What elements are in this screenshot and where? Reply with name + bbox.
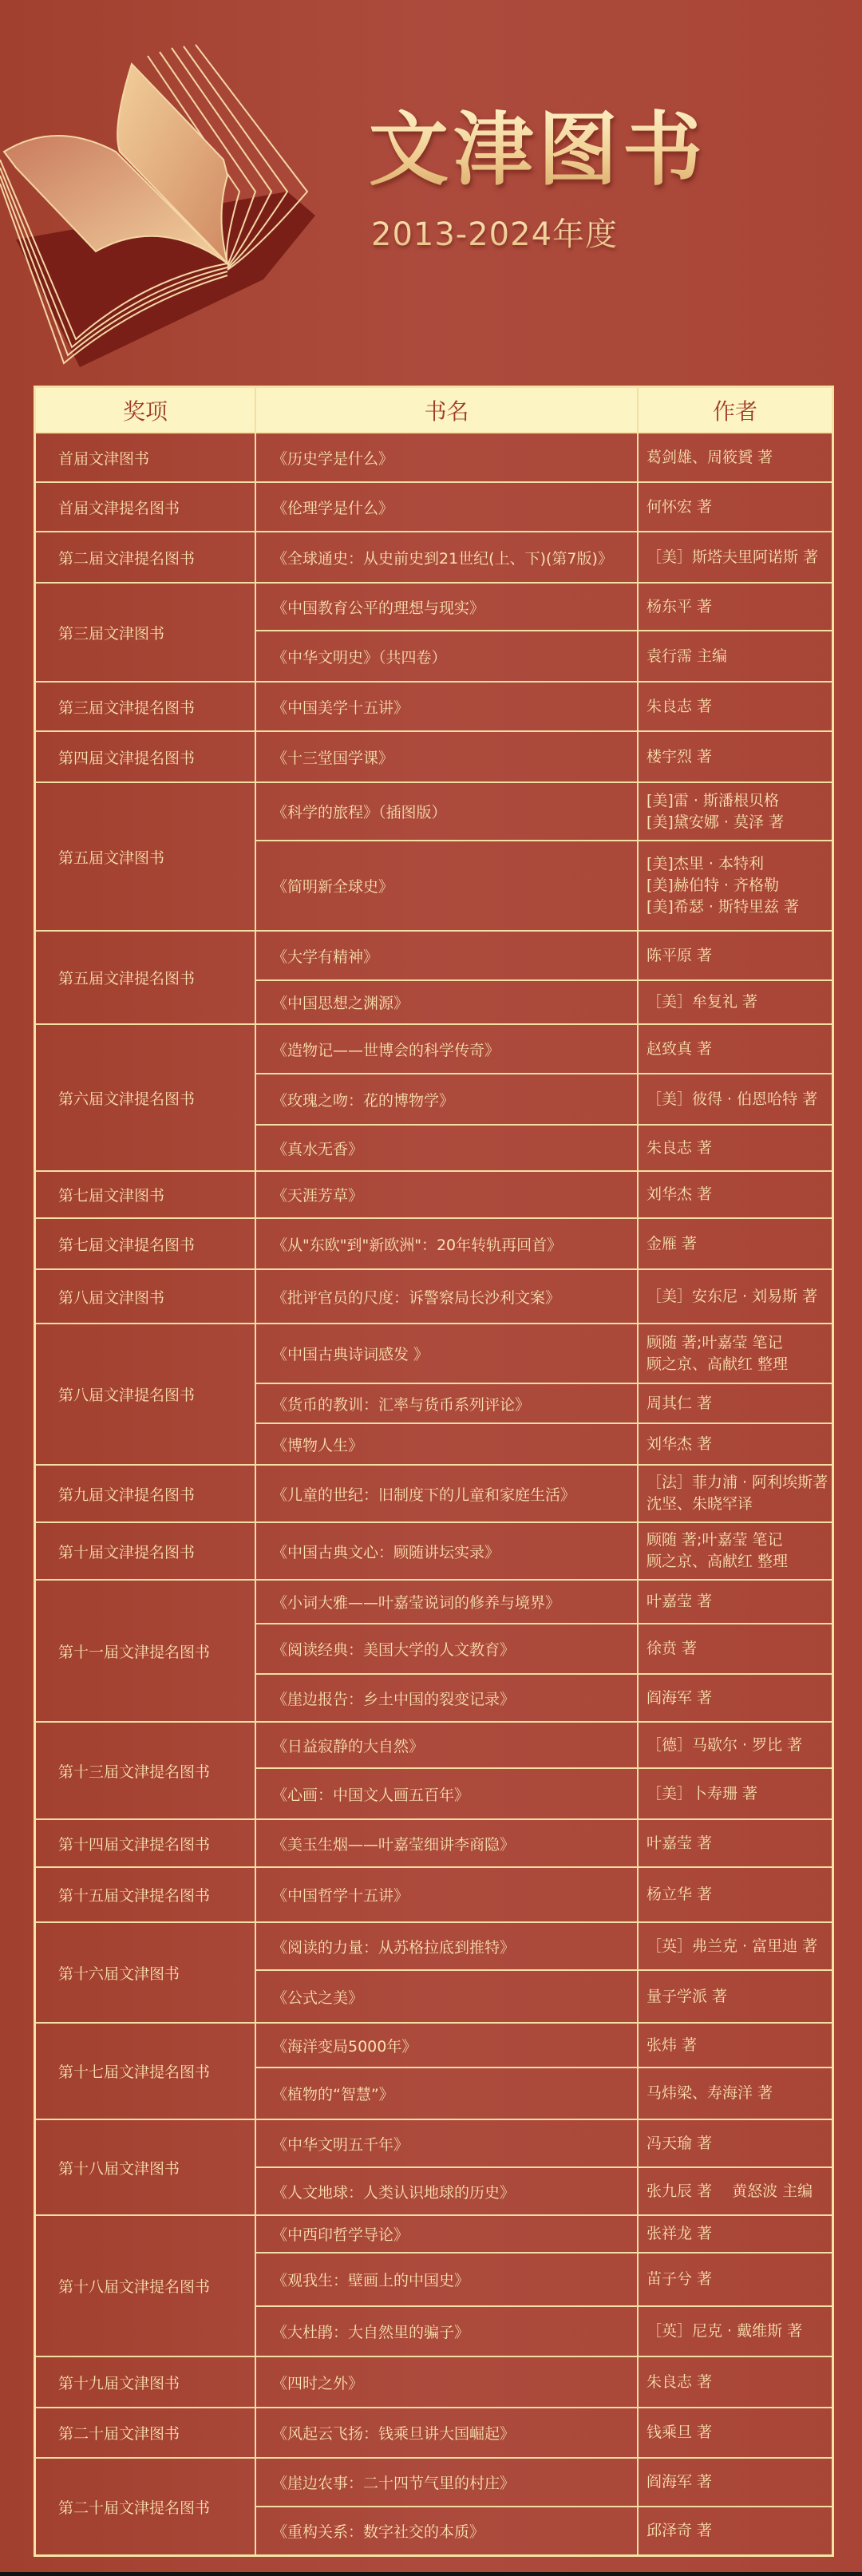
award-group: 第三届文津提名图书《中国美学十五讲》朱良志 著: [36, 683, 832, 732]
table-row: 《中国教育公平的理想与现实》杨东平 著: [256, 584, 832, 631]
table-row: 《中华文明五千年》冯天瑜 著: [256, 2120, 832, 2168]
author-line: 冯天瑜 著: [646, 2133, 832, 2155]
book-author: 金雁 著: [639, 1219, 832, 1268]
award-name: 第三届文津图书: [36, 584, 256, 681]
award-name: 第八届文津提名图书: [36, 1324, 256, 1464]
award-name: 第五届文津图书: [36, 783, 256, 930]
book-title: 《植物的“智慧”》: [256, 2068, 639, 2119]
table-row: 《中国美学十五讲》朱良志 著: [256, 683, 832, 730]
award-group: 第十六届文津图书《阅读的力量：从苏格拉底到推特》［英］弗兰克 · 富里迪 著《公…: [36, 1923, 832, 2024]
book-author: 阎海军 著: [639, 2459, 832, 2506]
table-row: 《货币的教训：汇率与货币系列评论》周其仁 著: [256, 1384, 832, 1424]
book-title: 《风起云飞扬：钱乘旦讲大国崛起》: [256, 2408, 639, 2457]
author-line: ［美］卜寿珊 著: [646, 1783, 832, 1805]
table-row: 《科学的旅程》（插图版）[美]雷 · 斯潘根贝格[美]黛安娜 · 莫泽 著: [256, 783, 832, 841]
author-line: 顾之京、高献红 整理: [646, 1354, 832, 1375]
award-entries: 《海洋变局5000年》张炜 著《植物的“智慧”》马炜梁、寿海洋 著: [256, 2024, 832, 2119]
award-name: 第十七届文津提名图书: [36, 2024, 256, 2119]
author-line: 金雁 著: [646, 1233, 832, 1255]
award-group: 第二十届文津图书《风起云飞扬：钱乘旦讲大国崛起》钱乘旦 著: [36, 2408, 832, 2459]
book-title: 《中国思想之渊源》: [256, 981, 639, 1023]
author-line: 杨立华 著: [646, 1884, 832, 1905]
book-title: 《海洋变局5000年》: [256, 2024, 639, 2067]
award-group: 第六届文津提名图书《造物记——世博会的科学传奇》赵致真 著《玫瑰之吻：花的博物学…: [36, 1025, 832, 1172]
award-group: 第十四届文津提名图书《美玉生烟——叶嘉莹细讲李商隐》叶嘉莹 著: [36, 1820, 832, 1868]
book-title: 《儿童的世纪：旧制度下的儿童和家庭生活》: [256, 1466, 639, 1521]
book-title: 《小词大雅——叶嘉莹说词的修养与境界》: [256, 1581, 639, 1623]
book-author: 杨立华 著: [639, 1868, 832, 1921]
author-line: ［英］尼克 · 戴维斯 著: [646, 2321, 832, 2342]
column-header-book: 书名: [256, 388, 639, 432]
table-row: 《心画：中国文人画五百年》［美］卜寿珊 著: [256, 1769, 832, 1818]
table-row: 《风起云飞扬：钱乘旦讲大国崛起》钱乘旦 著: [256, 2408, 832, 2457]
book-title: 《中国美学十五讲》: [256, 683, 639, 730]
award-name: 第十五届文津提名图书: [36, 1868, 256, 1921]
award-entries: 《儿童的世纪：旧制度下的儿童和家庭生活》［法］菲力浦 · 阿利埃斯著沈坚、朱晓罕…: [256, 1466, 832, 1521]
book-title: 《大学有精神》: [256, 932, 639, 979]
award-group: 首届文津图书《历史学是什么》葛剑雄、周筱贇 著: [36, 433, 832, 483]
book-author: 杨东平 著: [639, 584, 832, 630]
author-line: 叶嘉莹 著: [646, 1833, 832, 1854]
award-entries: 《批评官员的尺度：诉警察局长沙利文案》［美］安东尼 · 刘易斯 著: [256, 1270, 832, 1323]
book-title: 《崖边农事：二十四节气里的村庄》: [256, 2459, 639, 2506]
book-author: ［英］尼克 · 戴维斯 著: [639, 2307, 832, 2356]
author-line: 量子学派 著: [646, 1986, 832, 2008]
award-group: 首届文津提名图书《伦理学是什么》何怀宏 著: [36, 483, 832, 532]
author-line: 顾随 著;叶嘉莹 笔记: [646, 1332, 832, 1354]
book-title: 《中国古典诗词感发 》: [256, 1324, 639, 1383]
book-author: 马炜梁、寿海洋 著: [639, 2068, 832, 2119]
book-title: 《科学的旅程》（插图版）: [256, 783, 639, 840]
book-author: 刘华杰 著: [639, 1172, 832, 1217]
award-name: 首届文津图书: [36, 433, 256, 481]
table-row: 《四时之外》朱良志 著: [256, 2357, 832, 2407]
author-line: [美]杰里 · 本特利: [646, 853, 832, 875]
awards-table: 奖项 书名 作者 首届文津图书《历史学是什么》葛剑雄、周筱贇 著首届文津提名图书…: [34, 386, 834, 2557]
table-row: 《中西印哲学导论》张祥龙 著: [256, 2216, 832, 2254]
award-entries: 《中国哲学十五讲》杨立华 著: [256, 1868, 832, 1921]
book-author: 周其仁 著: [639, 1384, 832, 1423]
book-author: 阎海军 著: [639, 1675, 832, 1721]
award-group: 第十三届文津提名图书《日益寂静的大自然》［德］马歇尔 · 罗比 著《心画：中国文…: [36, 1723, 832, 1820]
book-title: 《公式之美》: [256, 1971, 639, 2022]
award-name: 第二十届文津图书: [36, 2408, 256, 2457]
book-author: 何怀宏 著: [639, 483, 832, 531]
author-line: 张炜 著: [646, 2035, 832, 2056]
award-name: 第十六届文津图书: [36, 1923, 256, 2022]
award-group: 第十一届文津提名图书《小词大雅——叶嘉莹说词的修养与境界》叶嘉莹 著《阅读经典：…: [36, 1581, 832, 1723]
award-group: 第十九届文津图书《四时之外》朱良志 著: [36, 2357, 832, 2408]
book-title: 《人文地球：人类认识地球的历史》: [256, 2168, 639, 2214]
table-row: 《玫瑰之吻：花的博物学》［美］彼得 · 伯恩哈特 著: [256, 1074, 832, 1126]
table-row: 《大杜鹃：大自然里的骗子》［英］尼克 · 戴维斯 著: [256, 2307, 832, 2356]
award-group: 第十八届文津图书《中华文明五千年》冯天瑜 著《人文地球：人类认识地球的历史》张九…: [36, 2120, 832, 2216]
author-line: 朱良志 著: [646, 2372, 832, 2393]
award-name: 第七届文津图书: [36, 1172, 256, 1217]
book-author: 朱良志 著: [639, 2357, 832, 2407]
table-row: 《批评官员的尺度：诉警察局长沙利文案》［美］安东尼 · 刘易斯 著: [256, 1270, 832, 1323]
author-line: ［英］弗兰克 · 富里迪 著: [646, 1936, 832, 1957]
author-line: 阎海军 著: [646, 2471, 832, 2493]
award-entries: 《崖边农事：二十四节气里的村庄》阎海军 著《重构关系：数字社交的本质》邱泽奇 著: [256, 2459, 832, 2554]
award-name: 第六届文津提名图书: [36, 1025, 256, 1170]
table-row: 《阅读的力量：从苏格拉底到推特》［英］弗兰克 · 富里迪 著: [256, 1923, 832, 1971]
author-line: 周其仁 著: [646, 1393, 832, 1415]
table-row: 《公式之美》量子学派 著: [256, 1971, 832, 2022]
table-row: 《崖边农事：二十四节气里的村庄》阎海军 著: [256, 2459, 832, 2507]
table-row: 《历史学是什么》葛剑雄、周筱贇 著: [256, 433, 832, 481]
author-line: 沈坚、朱晓罕译: [646, 1494, 832, 1515]
book-author: 邱泽奇 著: [639, 2507, 832, 2554]
table-row: 《中华文明史》（共四卷）袁行霈 主编: [256, 631, 832, 681]
award-group: 第五届文津图书《科学的旅程》（插图版）[美]雷 · 斯潘根贝格[美]黛安娜 · …: [36, 783, 832, 932]
book-title: 《中国教育公平的理想与现实》: [256, 584, 639, 630]
award-name: 第九届文津提名图书: [36, 1466, 256, 1521]
author-line: ［美］安东尼 · 刘易斯 著: [646, 1286, 832, 1308]
award-entries: 《中西印哲学导论》张祥龙 著《观我生：壁画上的中国史》苗子兮 著《大杜鹃：大自然…: [256, 2216, 832, 2356]
award-name: 第二十届文津提名图书: [36, 2459, 256, 2554]
book-title: 《四时之外》: [256, 2357, 639, 2407]
book-title: 《重构关系：数字社交的本质》: [256, 2507, 639, 2554]
author-line: 陈平原 著: [646, 945, 832, 967]
table-row: 《海洋变局5000年》张炜 著: [256, 2024, 832, 2068]
book-title: 《造物记——世博会的科学传奇》: [256, 1025, 639, 1073]
book-title: 《历史学是什么》: [256, 433, 639, 481]
author-line: 朱良志 著: [646, 696, 832, 718]
award-entries: 《历史学是什么》葛剑雄、周筱贇 著: [256, 433, 832, 481]
book-title: 《十三堂国学课》: [256, 732, 639, 782]
author-line: 苗子兮 著: [646, 2269, 832, 2290]
book-author: 量子学派 著: [639, 1971, 832, 2022]
book-title: 《货币的教训：汇率与货币系列评论》: [256, 1384, 639, 1423]
award-entries: 《中华文明五千年》冯天瑜 著《人文地球：人类认识地球的历史》张九辰 著 黄怒波 …: [256, 2120, 832, 2214]
award-group: 第三届文津图书《中国教育公平的理想与现实》杨东平 著《中华文明史》（共四卷）袁行…: [36, 584, 832, 683]
book-author: [美]雷 · 斯潘根贝格[美]黛安娜 · 莫泽 著: [639, 783, 832, 840]
book-title: 《阅读的力量：从苏格拉底到推特》: [256, 1923, 639, 1969]
award-group: 第四届文津提名图书《十三堂国学课》楼宇烈 著: [36, 732, 832, 783]
book-title: 《中华文明史》（共四卷）: [256, 631, 639, 681]
book-author: 叶嘉莹 著: [639, 1581, 832, 1623]
author-line: 刘华杰 著: [646, 1184, 832, 1205]
book-author: 叶嘉莹 著: [639, 1820, 832, 1866]
column-header-award: 奖项: [36, 388, 256, 432]
award-name: 第十一届文津提名图书: [36, 1581, 256, 1721]
table-row: 《崖边报告：乡土中国的裂变记录》阎海军 著: [256, 1675, 832, 1721]
award-entries: 《天涯芳草》刘华杰 著: [256, 1172, 832, 1217]
book-author: 顾随 著;叶嘉莹 笔记顾之京、高献红 整理: [639, 1324, 832, 1383]
award-entries: 《风起云飞扬：钱乘旦讲大国崛起》钱乘旦 著: [256, 2408, 832, 2457]
book-author: ［美］斯塔夫里阿诺斯 著: [639, 532, 832, 582]
book-author: [美]杰里 · 本特利[美]赫伯特 · 齐格勒[美]希瑟 · 斯特里兹 著: [639, 841, 832, 930]
table-row: 《从"东欧"到"新欧洲"：20年转轨再回首》金雁 著: [256, 1219, 832, 1268]
book-author: 赵致真 著: [639, 1025, 832, 1073]
book-author: 冯天瑜 著: [639, 2120, 832, 2166]
award-entries: 《从"东欧"到"新欧洲"：20年转轨再回首》金雁 著: [256, 1219, 832, 1268]
author-line: [美]希瑟 · 斯特里兹 著: [646, 896, 832, 918]
table-row: 《全球通史：从史前史到21世纪(上、下)(第7版)》［美］斯塔夫里阿诺斯 著: [256, 532, 832, 582]
award-name: 第十四届文津提名图书: [36, 1820, 256, 1866]
book-author: ［英］弗兰克 · 富里迪 著: [639, 1923, 832, 1969]
award-entries: 《造物记——世博会的科学传奇》赵致真 著《玫瑰之吻：花的博物学》［美］彼得 · …: [256, 1025, 832, 1170]
table-row: 《十三堂国学课》楼宇烈 著: [256, 732, 832, 782]
award-entries: 《十三堂国学课》楼宇烈 著: [256, 732, 832, 782]
book-author: 顾随 著;叶嘉莹 笔记顾之京、高献红 整理: [639, 1523, 832, 1579]
author-line: ［美］牟复礼 著: [646, 991, 832, 1013]
award-entries: 《大学有精神》陈平原 著《中国思想之渊源》［美］牟复礼 著: [256, 932, 832, 1023]
award-group: 第八届文津图书《批评官员的尺度：诉警察局长沙利文案》［美］安东尼 · 刘易斯 著: [36, 1270, 832, 1324]
column-header-author: 作者: [639, 388, 832, 432]
award-entries: 《日益寂静的大自然》［德］马歇尔 · 罗比 著《心画：中国文人画五百年》［美］卜…: [256, 1723, 832, 1818]
book-title: 《真水无香》: [256, 1126, 639, 1170]
award-name: 首届文津提名图书: [36, 483, 256, 531]
table-row: 《小词大雅——叶嘉莹说词的修养与境界》叶嘉莹 著: [256, 1581, 832, 1624]
award-group: 第五届文津提名图书《大学有精神》陈平原 著《中国思想之渊源》［美］牟复礼 著: [36, 932, 832, 1025]
award-group: 第七届文津图书《天涯芳草》刘华杰 著: [36, 1172, 832, 1219]
author-line: 阎海军 著: [646, 1688, 832, 1709]
book-title: 《伦理学是什么》: [256, 483, 639, 531]
book-author: ［美］牟复礼 著: [639, 981, 832, 1023]
award-group: 第十七届文津提名图书《海洋变局5000年》张炜 著《植物的“智慧”》马炜梁、寿海…: [36, 2024, 832, 2120]
book-author: 朱良志 著: [639, 1126, 832, 1170]
page-title: 文津图书: [369, 102, 707, 198]
book-title: 《阅读经典：美国大学的人文教育》: [256, 1624, 639, 1673]
author-line: 徐贲 著: [646, 1638, 832, 1660]
award-name: 第十三届文津提名图书: [36, 1723, 256, 1818]
award-group: 第二十届文津提名图书《崖边农事：二十四节气里的村庄》阎海军 著《重构关系：数字社…: [36, 2459, 832, 2554]
author-line: 葛剑雄、周筱贇 著: [646, 447, 832, 469]
award-entries: 《阅读的力量：从苏格拉底到推特》［英］弗兰克 · 富里迪 著《公式之美》量子学派…: [256, 1923, 832, 2022]
table-row: 《真水无香》朱良志 著: [256, 1126, 832, 1170]
table-row: 《美玉生烟——叶嘉莹细讲李商隐》叶嘉莹 著: [256, 1820, 832, 1866]
table-row: 《简明新全球史》[美]杰里 · 本特利[美]赫伯特 · 齐格勒[美]希瑟 · 斯…: [256, 841, 832, 930]
award-name: 第七届文津提名图书: [36, 1219, 256, 1268]
author-line: 袁行霈 主编: [646, 646, 832, 667]
book-title: 《美玉生烟——叶嘉莹细讲李商隐》: [256, 1820, 639, 1866]
book-title: 《玫瑰之吻：花的博物学》: [256, 1074, 639, 1124]
book-author: 徐贲 著: [639, 1624, 832, 1673]
table-row: 《观我生：壁画上的中国史》苗子兮 著: [256, 2254, 832, 2307]
award-name: 第三届文津提名图书: [36, 683, 256, 730]
award-entries: 《全球通史：从史前史到21世纪(上、下)(第7版)》［美］斯塔夫里阿诺斯 著: [256, 532, 832, 582]
book-title: 《中华文明五千年》: [256, 2120, 639, 2166]
award-group: 第十五届文津提名图书《中国哲学十五讲》杨立华 著: [36, 1868, 832, 1923]
book-author: 陈平原 著: [639, 932, 832, 979]
author-line: [美]赫伯特 · 齐格勒: [646, 875, 832, 896]
award-group: 第七届文津提名图书《从"东欧"到"新欧洲"：20年转轨再回首》金雁 著: [36, 1219, 832, 1270]
table-header: 奖项 书名 作者: [36, 388, 832, 433]
author-line: ［美］彼得 · 伯恩哈特 著: [646, 1089, 832, 1110]
author-line: 顾之京、高献红 整理: [646, 1551, 832, 1573]
table-row: 《中国思想之渊源》［美］牟复礼 著: [256, 981, 832, 1023]
book-author: 苗子兮 著: [639, 2254, 832, 2305]
award-name: 第八届文津图书: [36, 1270, 256, 1323]
book-title: 《简明新全球史》: [256, 841, 639, 930]
table-row: 《儿童的世纪：旧制度下的儿童和家庭生活》［法］菲力浦 · 阿利埃斯著沈坚、朱晓罕…: [256, 1466, 832, 1521]
author-line: 顾随 著;叶嘉莹 笔记: [646, 1529, 832, 1551]
award-name: 第十八届文津图书: [36, 2120, 256, 2214]
award-name: 第十八届文津提名图书: [36, 2216, 256, 2356]
book-author: 张炜 著: [639, 2024, 832, 2067]
author-line: ［德］马歇尔 · 罗比 著: [646, 1735, 832, 1756]
table-row: 《重构关系：数字社交的本质》邱泽奇 著: [256, 2507, 832, 2554]
author-line: 杨东平 著: [646, 596, 832, 618]
table-row: 《天涯芳草》刘华杰 著: [256, 1172, 832, 1217]
author-line: 钱乘旦 著: [646, 2422, 832, 2443]
book-author: 钱乘旦 著: [639, 2408, 832, 2457]
book-author: 袁行霈 主编: [639, 631, 832, 681]
author-line: 张九辰 著 黄怒波 主编: [646, 2181, 832, 2202]
table-row: 《伦理学是什么》何怀宏 著: [256, 483, 832, 531]
award-group: 第九届文津提名图书《儿童的世纪：旧制度下的儿童和家庭生活》［法］菲力浦 · 阿利…: [36, 1466, 832, 1523]
award-entries: 《中国美学十五讲》朱良志 著: [256, 683, 832, 730]
author-line: 叶嘉莹 著: [646, 1591, 832, 1612]
book-author: 张祥龙 著: [639, 2216, 832, 2252]
award-entries: 《科学的旅程》（插图版）[美]雷 · 斯潘根贝格[美]黛安娜 · 莫泽 著《简明…: [256, 783, 832, 930]
book-author: ［德］马歇尔 · 罗比 著: [639, 1723, 832, 1767]
author-line: 朱良志 著: [646, 1138, 832, 1159]
award-group: 第十八届文津提名图书《中西印哲学导论》张祥龙 著《观我生：壁画上的中国史》苗子兮…: [36, 2216, 832, 2357]
open-book-icon: [0, 32, 335, 367]
award-group: 第十届文津提名图书《中国古典文心：顾随讲坛实录》顾随 著;叶嘉莹 笔记顾之京、高…: [36, 1523, 832, 1581]
table-row: 《人文地球：人类认识地球的历史》张九辰 著 黄怒波 主编: [256, 2168, 832, 2214]
book-author: ［美］卜寿珊 著: [639, 1769, 832, 1818]
award-entries: 《伦理学是什么》何怀宏 著: [256, 483, 832, 531]
author-line: [美]雷 · 斯潘根贝格: [646, 790, 832, 812]
book-author: 楼宇烈 著: [639, 732, 832, 782]
book-author: ［法］菲力浦 · 阿利埃斯著沈坚、朱晓罕译: [639, 1466, 832, 1521]
award-name: 第十九届文津图书: [36, 2357, 256, 2407]
award-group: 第二届文津提名图书《全球通史：从史前史到21世纪(上、下)(第7版)》［美］斯塔…: [36, 532, 832, 584]
award-entries: 《中国教育公平的理想与现实》杨东平 著《中华文明史》（共四卷）袁行霈 主编: [256, 584, 832, 681]
author-line: 何怀宏 著: [646, 497, 832, 518]
page-subtitle: 2013-2024年度: [371, 214, 618, 255]
table-row: 《造物记——世博会的科学传奇》赵致真 著: [256, 1025, 832, 1074]
author-line: ［法］菲力浦 · 阿利埃斯著: [646, 1472, 832, 1494]
book-title: 《全球通史：从史前史到21世纪(上、下)(第7版)》: [256, 532, 639, 582]
book-title: 《批评官员的尺度：诉警察局长沙利文案》: [256, 1270, 639, 1323]
book-title: 《崖边报告：乡土中国的裂变记录》: [256, 1675, 639, 1721]
author-line: 楼宇烈 著: [646, 746, 832, 768]
book-title: 《中国哲学十五讲》: [256, 1868, 639, 1921]
award-entries: 《美玉生烟——叶嘉莹细讲李商隐》叶嘉莹 著: [256, 1820, 832, 1866]
book-author: ［美］彼得 · 伯恩哈特 著: [639, 1074, 832, 1124]
author-line: 马炜梁、寿海洋 著: [646, 2083, 832, 2104]
award-entries: 《中国古典诗词感发 》顾随 著;叶嘉莹 笔记顾之京、高献红 整理《货币的教训：汇…: [256, 1324, 832, 1464]
author-line: ［美］斯塔夫里阿诺斯 著: [646, 547, 832, 568]
book-author: 葛剑雄、周筱贇 著: [639, 433, 832, 481]
book-title: 《大杜鹃：大自然里的骗子》: [256, 2307, 639, 2356]
award-name: 第五届文津提名图书: [36, 932, 256, 1023]
author-line: 张祥龙 著: [646, 2223, 832, 2245]
table-row: 《植物的“智慧”》马炜梁、寿海洋 著: [256, 2068, 832, 2119]
table-row: 《博物人生》刘华杰 著: [256, 1424, 832, 1464]
book-author: 朱良志 著: [639, 683, 832, 730]
table-row: 《中国古典诗词感发 》顾随 著;叶嘉莹 笔记顾之京、高献红 整理: [256, 1324, 832, 1384]
table-row: 《大学有精神》陈平原 著: [256, 932, 832, 981]
table-row: 《中国古典文心：顾随讲坛实录》顾随 著;叶嘉莹 笔记顾之京、高献红 整理: [256, 1523, 832, 1579]
book-author: 刘华杰 著: [639, 1424, 832, 1464]
award-entries: 《四时之外》朱良志 著: [256, 2357, 832, 2407]
book-author: 张九辰 著 黄怒波 主编: [639, 2168, 832, 2214]
author-line: 邱泽奇 著: [646, 2520, 832, 2542]
table-row: 《阅读经典：美国大学的人文教育》徐贲 著: [256, 1624, 832, 1675]
book-title: 《心画：中国文人画五百年》: [256, 1769, 639, 1818]
author-line: 刘华杰 著: [646, 1434, 832, 1455]
book-title: 《博物人生》: [256, 1424, 639, 1464]
award-name: 第十届文津提名图书: [36, 1523, 256, 1579]
book-title: 《观我生：壁画上的中国史》: [256, 2254, 639, 2305]
book-title: 《从"东欧"到"新欧洲"：20年转轨再回首》: [256, 1219, 639, 1268]
award-name: 第二届文津提名图书: [36, 532, 256, 582]
book-title: 《天涯芳草》: [256, 1172, 639, 1217]
bottom-edge: [0, 2572, 862, 2576]
table-row: 《日益寂静的大自然》［德］马歇尔 · 罗比 著: [256, 1723, 832, 1769]
author-line: [美]黛安娜 · 莫泽 著: [646, 812, 832, 833]
author-line: 赵致真 著: [646, 1039, 832, 1060]
award-name: 第四届文津提名图书: [36, 732, 256, 782]
book-title: 《中国古典文心：顾随讲坛实录》: [256, 1523, 639, 1579]
book-author: ［美］安东尼 · 刘易斯 著: [639, 1270, 832, 1323]
book-title: 《日益寂静的大自然》: [256, 1723, 639, 1767]
award-entries: 《小词大雅——叶嘉莹说词的修养与境界》叶嘉莹 著《阅读经典：美国大学的人文教育》…: [256, 1581, 832, 1721]
award-entries: 《中国古典文心：顾随讲坛实录》顾随 著;叶嘉莹 笔记顾之京、高献红 整理: [256, 1523, 832, 1579]
table-row: 《中国哲学十五讲》杨立华 著: [256, 1868, 832, 1921]
table-body: 首届文津图书《历史学是什么》葛剑雄、周筱贇 著首届文津提名图书《伦理学是什么》何…: [36, 433, 832, 2554]
award-group: 第八届文津提名图书《中国古典诗词感发 》顾随 著;叶嘉莹 笔记顾之京、高献红 整…: [36, 1324, 832, 1466]
book-title: 《中西印哲学导论》: [256, 2216, 639, 2252]
